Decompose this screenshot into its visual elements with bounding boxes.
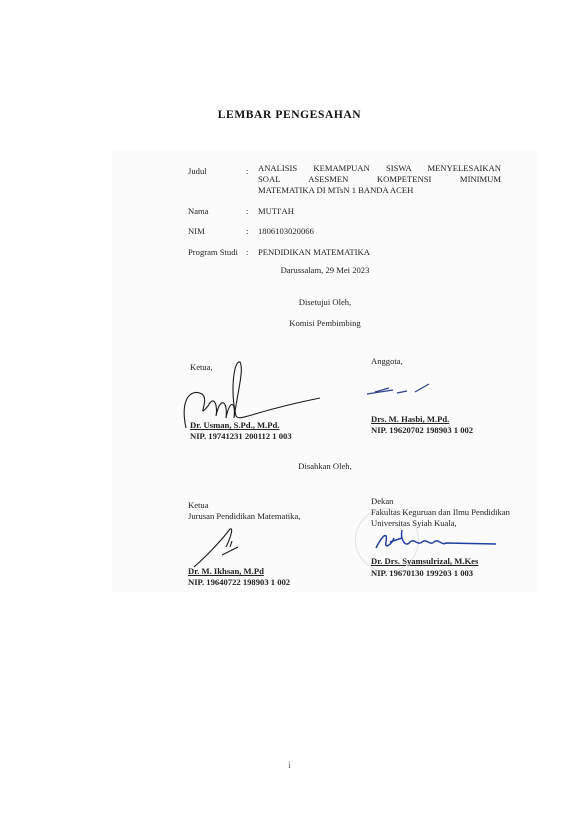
ratifier-1-name: Dr. M. Ikhsan, M.Pd	[188, 566, 264, 576]
ratifier-1-role-line-2: Jurusan Pendidikan Matematika,	[188, 511, 300, 521]
ratifier-2-name: Dr. Drs. Syamsulrizal, M.Kes	[371, 556, 478, 566]
supervisor-2-name: Drs. M. Hasbi, M.Pd.	[371, 414, 449, 424]
signature-ketua-jurusan	[190, 525, 260, 570]
nim-value: 1806103020066	[258, 226, 314, 236]
ratifier-2-nip: NIP. 19670130 199203 1 003	[371, 568, 473, 578]
judul-colon: :	[246, 166, 248, 176]
supervisor-1-nip: NIP. 19741231 200112 1 003	[190, 431, 292, 441]
supervisor-2-role: Anggota,	[371, 356, 403, 366]
nama-label: Nama	[188, 206, 209, 216]
nama-colon: :	[246, 206, 248, 216]
prodi-value: PENDIDIKAN MATEMATIKA	[258, 247, 370, 257]
supervisor-1-name: Dr. Usman, S.Pd., M.Pd.	[190, 420, 279, 430]
nim-label: NIM	[188, 226, 205, 236]
judul-label: Judul	[188, 166, 207, 176]
page-number: i	[0, 760, 579, 770]
signature-dekan	[372, 526, 502, 556]
judul-line-1: ANALISIS KEMAMPUAN SISWA MENYELESAIKAN	[258, 163, 501, 173]
page-title: LEMBAR PENGESAHAN	[0, 109, 579, 121]
committee-heading: Komisi Pembimbing	[112, 318, 538, 328]
prodi-colon: :	[246, 247, 248, 257]
judul-line-3: MATEMATIKA DI MTsN 1 BANDA ACEH	[258, 185, 501, 195]
ratifier-2-role-line-2: Fakultas Keguruan dan Ilmu Pendidikan	[371, 507, 510, 517]
nama-value: MUTI'AH	[258, 206, 294, 216]
ratifier-2-role-line-1: Dekan	[371, 496, 393, 506]
ratifier-1-role-line-1: Ketua	[188, 500, 209, 510]
signature-anggota-pembimbing	[365, 382, 445, 402]
nim-colon: :	[246, 226, 248, 236]
judul-line-2: SOAL ASESMEN KOMPETENSI MINIMUM	[258, 174, 501, 184]
approved-by-heading: Disetujui Oleh,	[112, 297, 538, 307]
prodi-label: Program Studi	[188, 247, 238, 257]
supervisor-2-nip: NIP. 19620702 198903 1 002	[371, 425, 473, 435]
ratifier-1-nip: NIP. 19640722 198903 1 002	[188, 577, 290, 587]
ratified-by-heading: Disahkan Oleh,	[112, 461, 538, 471]
place-date: Darussalam, 29 Mei 2023	[112, 265, 538, 275]
